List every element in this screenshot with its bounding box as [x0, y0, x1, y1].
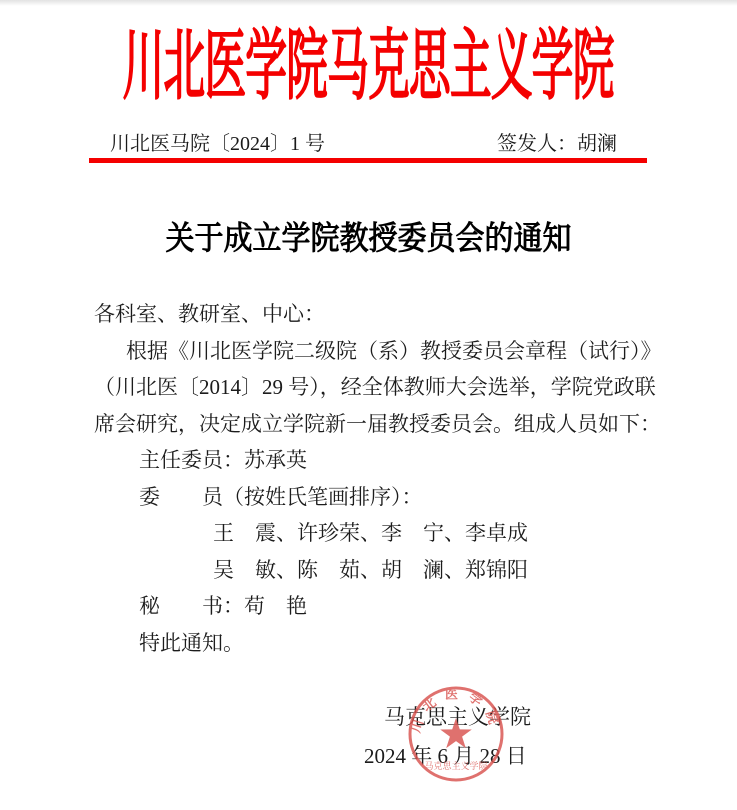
notice-title-text: 关于成立学院教授委员会的通知: [165, 217, 571, 262]
notice-title: 关于成立学院教授委员会的通知: [0, 219, 737, 259]
body-line-salutation: 各科室、教研室、中心：: [94, 296, 646, 333]
body-line-basis-2: （川北医〔2014〕29 号），经全体教师大会选举，学院党政联: [94, 369, 646, 406]
body-line-basis: 根据《川北医学院二级院（系）教授委员会章程（试行）》: [94, 333, 646, 370]
org-title-text: 川北医学院马克思主义学院: [123, 0, 614, 133]
body-line-closing: 特此通知。: [94, 625, 646, 662]
document-page: 川北医学院马克思主义学院 川北医马院〔2024〕1 号 签发人：胡澜 关于成立学…: [0, 0, 737, 810]
signature-unit: 马克思主义学院: [384, 701, 531, 731]
doc-number: 川北医马院〔2024〕1 号: [89, 127, 325, 156]
doc-info-row: 川北医马院〔2024〕1 号 签发人：胡澜: [89, 129, 647, 153]
body-line-chair: 主任委员：苏承英: [94, 442, 646, 479]
body-line-members-2: 吴 敏、陈 茹、胡 澜、郑锦阳: [94, 552, 646, 589]
body-line-members-label: 委 员（按姓氏笔画排序）：: [94, 479, 646, 516]
org-title: 川北医学院马克思主义学院: [0, 27, 737, 105]
notice-body: 各科室、教研室、中心： 根据《川北医学院二级院（系）教授委员会章程（试行）》 （…: [94, 296, 646, 661]
body-line-members-1: 王 震、许珍荣、李 宁、李卓成: [94, 515, 646, 552]
red-separator-rule: [89, 158, 647, 163]
signature-date: 2024 年 6 月 28 日: [364, 740, 527, 770]
body-line-secretary: 秘 书：苟 艳: [94, 588, 646, 625]
body-line-basis-3: 席会研究，决定成立学院新一届教授委员会。组成人员如下：: [94, 406, 646, 443]
issuer: 签发人：胡澜: [497, 127, 647, 156]
